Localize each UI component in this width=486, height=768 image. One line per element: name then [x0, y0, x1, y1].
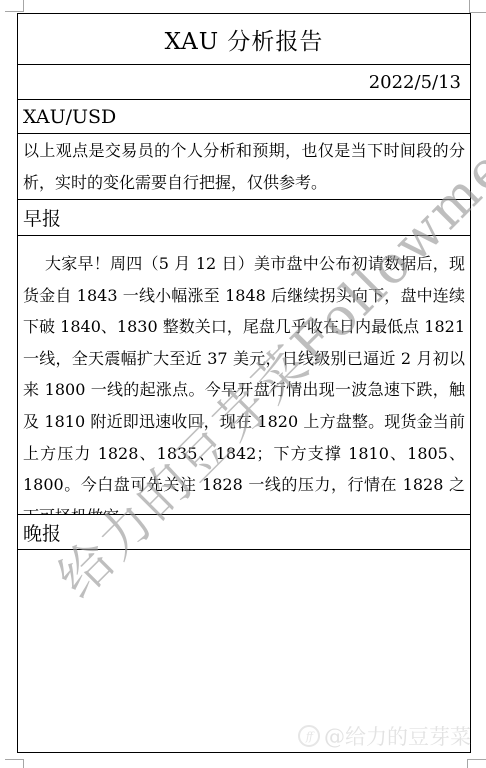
brand-credit-text: @给力的豆芽菜 — [324, 721, 471, 751]
report-date-row: 2022/5/13 — [18, 65, 470, 100]
evening-report-label: 晚报 — [23, 519, 61, 546]
morning-report-content-row: 大家早！周四（5 月 12 日）美市盘中公布初请数据后，现货金自 1843 一线… — [18, 236, 470, 515]
report-date: 2022/5/13 — [369, 72, 461, 93]
instrument-symbol: XAU/USD — [23, 106, 116, 128]
disclaimer-row: 以上观点是交易员的个人分析和预期，也仅是当下时间段的分析，实时的变化需要自行把握… — [18, 134, 470, 200]
morning-report-label: 早报 — [23, 204, 61, 231]
margin-crop-mark-top-right — [469, 0, 486, 13]
report-title-row: XAU 分析报告 — [18, 14, 470, 65]
brand-credit: ff @给力的豆芽菜 — [298, 721, 471, 751]
margin-crop-mark-bottom-right — [467, 759, 486, 768]
evening-report-header-row: 晚报 — [18, 515, 470, 550]
followme-logo-icon: ff — [298, 725, 320, 747]
margin-crop-mark-bottom-left — [5, 759, 24, 768]
morning-report-text: 大家早！周四（5 月 12 日）美市盘中公布初请数据后，现货金自 1843 一线… — [23, 248, 465, 515]
instrument-row: XAU/USD — [18, 100, 470, 134]
morning-report-header-row: 早报 — [18, 200, 470, 236]
document-page: XAU 分析报告 2022/5/13 XAU/USD 以上观点是交易员的个人分析… — [0, 0, 486, 768]
report-table: XAU 分析报告 2022/5/13 XAU/USD 以上观点是交易员的个人分析… — [17, 13, 471, 753]
report-title: XAU 分析报告 — [165, 23, 324, 56]
disclaimer-text: 以上观点是交易员的个人分析和预期，也仅是当下时间段的分析，实时的变化需要自行把握… — [23, 141, 465, 192]
margin-crop-mark-top-left — [5, 0, 24, 12]
